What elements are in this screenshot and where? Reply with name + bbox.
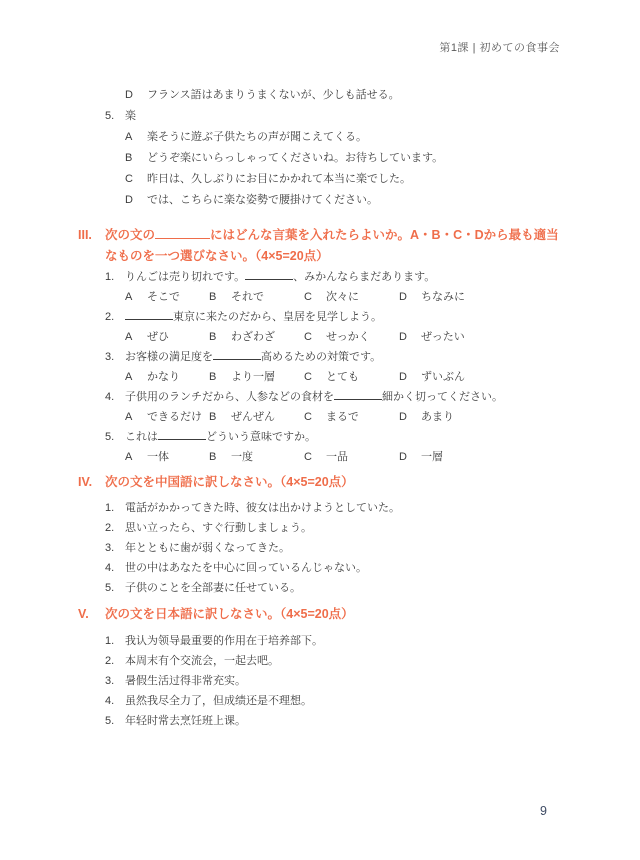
item-text: 年とともに歯が弱くなってきた。	[125, 538, 290, 558]
option-letter: A	[125, 367, 147, 387]
option-text: より一層	[231, 367, 275, 387]
item-number: 1.	[105, 498, 125, 518]
option-line: D では、こちらに楽な姿勢で腰掛けてください。	[0, 190, 640, 211]
question-text: これはどういう意味ですか。	[125, 427, 640, 447]
option-line: C 昨日は、久しぶりにお目にかかれて本当に楽でした。	[0, 169, 640, 190]
option-letter: B	[209, 367, 231, 387]
option-letter: B	[209, 447, 231, 467]
item-text: 思い立ったら、すぐ行動しましょう。	[125, 518, 312, 538]
translation-item: 3. 年とともに歯が弱くなってきた。	[0, 538, 640, 558]
question-number: 4.	[105, 387, 125, 407]
options-row: A一体 B一度 C一品 D一層	[0, 447, 640, 467]
question-after: どういう意味ですか。	[206, 431, 316, 443]
option-line: B どうぞ楽にいらっしゃってくださいね。お待ちしています。	[0, 148, 640, 169]
option: Aそこで	[125, 287, 209, 307]
translation-item: 5. 子供のことを全部妻に任せている。	[0, 578, 640, 598]
option-text: では、こちらに楽な姿勢で腰掛けてください。	[147, 190, 378, 211]
item-text: 暑假生活过得非常充实。	[125, 671, 246, 691]
option-letter: D	[399, 367, 421, 387]
option-letter: C	[304, 367, 326, 387]
option: Cせっかく	[304, 327, 399, 347]
option-text: わざわざ	[231, 327, 275, 347]
option-letter: C	[125, 169, 147, 190]
option-text: 一品	[326, 447, 348, 467]
item-line: 5. 楽	[0, 106, 640, 127]
question-number: 1.	[105, 267, 125, 287]
section-4-items: 1. 電話がかかってきた時、彼女は出かけようとしていた。 2. 思い立ったら、す…	[0, 498, 640, 598]
section-4-numeral: IV.	[78, 472, 105, 493]
option-letter: D	[125, 190, 147, 211]
translation-item: 3. 暑假生活过得非常充实。	[0, 671, 640, 691]
option: Cまるで	[304, 407, 399, 427]
option-text: 次々に	[326, 287, 359, 307]
option: Dずいぶん	[399, 367, 465, 387]
option: Dあまり	[399, 407, 454, 427]
question-line: 3. お客様の満足度を高めるための対策です。	[0, 347, 640, 367]
options-row: Aぜひ Bわざわざ Cせっかく Dぜったい	[0, 327, 640, 347]
option-letter: B	[209, 327, 231, 347]
section-5-items: 1. 我认为领导最重要的作用在于培养部下。 2. 本周末有个交流会，一起去吧。 …	[0, 631, 640, 731]
question-before: 子供用のランチだから、人参などの食材を	[125, 391, 334, 403]
page-content: D フランス語はあまりうまくないが、少しも話せる。 5. 楽 A 楽そうに遊ぶ子…	[0, 85, 640, 731]
item-text: 年轻时常去烹饪班上课。	[125, 711, 246, 731]
fill-in-blank	[158, 427, 206, 440]
question-after: 高めるための対策です。	[261, 351, 381, 363]
option-line: A 楽そうに遊ぶ子供たちの声が聞こえてくる。	[0, 127, 640, 148]
option-text: できるだけ	[147, 407, 202, 427]
section-3-title: 次の文のにはどんな言葉を入れたらよいか。A・B・C・Dから最も適当なものを一つ選…	[105, 225, 568, 267]
option-text: どうぞ楽にいらっしゃってくださいね。お待ちしています。	[147, 148, 443, 169]
item-number: 4.	[105, 558, 125, 578]
option-text: そこで	[147, 287, 180, 307]
option: D一層	[399, 447, 443, 467]
translation-item: 4. 虽然我尽全力了，但成绩还是不理想。	[0, 691, 640, 711]
question-before: これは	[125, 431, 158, 443]
item-number: 4.	[105, 691, 125, 711]
item-number: 3.	[105, 671, 125, 691]
option: B一度	[209, 447, 304, 467]
option-letter: A	[125, 327, 147, 347]
fill-in-blank	[125, 307, 173, 320]
section-5-numeral: V.	[78, 604, 105, 625]
translation-item: 2. 思い立ったら、すぐ行動しましょう。	[0, 518, 640, 538]
option-letter: D	[399, 447, 421, 467]
question-after: 東京に来たのだから、皇居を見学しよう。	[173, 311, 382, 323]
question-line: 1. りんごは売り切れです。、みかんならまだあります。	[0, 267, 640, 287]
question-number: 5.	[105, 427, 125, 447]
question-line: 2. 東京に来たのだから、皇居を見学しよう。	[0, 307, 640, 327]
question-before: お客様の満足度を	[125, 351, 213, 363]
question-text: りんごは売り切れです。、みかんならまだあります。	[125, 267, 640, 287]
item-number: 5.	[105, 711, 125, 731]
option-text: ちなみに	[421, 287, 465, 307]
option-text: それで	[231, 287, 264, 307]
fill-in-blank	[245, 267, 293, 280]
question-line: 5. これはどういう意味ですか。	[0, 427, 640, 447]
item-number: 2.	[105, 651, 125, 671]
option-text: 楽そうに遊ぶ子供たちの声が聞こえてくる。	[147, 127, 367, 148]
option-text: せっかく	[326, 327, 370, 347]
item-text: 電話がかかってきた時、彼女は出かけようとしていた。	[125, 498, 400, 518]
section-4-title: 次の文を中国語に訳しなさい。（4×5=20点）	[105, 472, 568, 493]
item-number: 1.	[105, 631, 125, 651]
option-letter: C	[304, 447, 326, 467]
textbook-page: 第1課 | 初めての食事会 D フランス語はあまりうまくないが、少しも話せる。 …	[0, 0, 640, 860]
option-letter: A	[125, 447, 147, 467]
page-number: 9	[540, 804, 547, 818]
translation-item: 1. 電話がかかってきた時、彼女は出かけようとしていた。	[0, 498, 640, 518]
question-before: りんごは売り切れです。	[125, 271, 245, 283]
option: Aぜひ	[125, 327, 209, 347]
item-number: 5.	[105, 578, 125, 598]
option-text: かなり	[147, 367, 180, 387]
option-letter: C	[304, 327, 326, 347]
section-3-title-before: 次の文の	[105, 228, 155, 242]
option-text: 一体	[147, 447, 169, 467]
option: Bより一層	[209, 367, 304, 387]
options-row: Aそこで Bそれで C次々に Dちなみに	[0, 287, 640, 307]
fill-in-blank	[213, 347, 261, 360]
section-5-title: 次の文を日本語に訳しなさい。（4×5=20点）	[105, 604, 568, 625]
option: Bそれで	[209, 287, 304, 307]
translation-item: 2. 本周末有个交流会，一起去吧。	[0, 651, 640, 671]
option-letter: A	[125, 407, 147, 427]
item-text: 虽然我尽全力了，但成绩还是不理想。	[125, 691, 312, 711]
translation-item: 5. 年轻时常去烹饪班上课。	[0, 711, 640, 731]
option: Cとても	[304, 367, 399, 387]
option-letter: B	[209, 287, 231, 307]
item-number: 2.	[105, 518, 125, 538]
option-letter: B	[125, 148, 147, 169]
item-text: 世の中はあなたを中心に回っているんじゃない。	[125, 558, 367, 578]
item-number: 3.	[105, 538, 125, 558]
option-text: ぜったい	[421, 327, 465, 347]
option: Aできるだけ	[125, 407, 209, 427]
fill-in-blank	[334, 387, 382, 400]
question-after: 細かく切ってください。	[382, 391, 503, 403]
item-text: 本周末有个交流会，一起去吧。	[125, 651, 279, 671]
option-line: D フランス語はあまりうまくないが、少しも話せる。	[0, 85, 640, 106]
option-letter: A	[125, 127, 147, 148]
translation-item: 4. 世の中はあなたを中心に回っているんじゃない。	[0, 558, 640, 578]
title-blank	[155, 225, 210, 239]
section-4-heading: IV. 次の文を中国語に訳しなさい。（4×5=20点）	[0, 472, 640, 493]
option: C次々に	[304, 287, 399, 307]
section-5-heading: V. 次の文を日本語に訳しなさい。（4×5=20点）	[0, 604, 640, 625]
option-letter: C	[304, 407, 326, 427]
item-text: 我认为领导最重要的作用在于培养部下。	[125, 631, 323, 651]
question-text: お客様の満足度を高めるための対策です。	[125, 347, 640, 367]
chapter-header: 第1課 | 初めての食事会	[439, 39, 560, 55]
option-text: あまり	[421, 407, 454, 427]
options-row: Aかなり Bより一層 Cとても Dずいぶん	[0, 367, 640, 387]
option-text: 昨日は、久しぶりにお目にかかれて本当に楽でした。	[147, 169, 411, 190]
option-text: 一度	[231, 447, 253, 467]
section-3-heading: III. 次の文のにはどんな言葉を入れたらよいか。A・B・C・Dから最も適当なも…	[0, 225, 640, 267]
question-line: 4. 子供用のランチだから、人参などの食材を細かく切ってください。	[0, 387, 640, 407]
option: Bわざわざ	[209, 327, 304, 347]
question-after: 、みかんならまだあります。	[293, 271, 435, 283]
option-letter: B	[209, 407, 231, 427]
item-number: 5.	[105, 106, 125, 127]
option: A一体	[125, 447, 209, 467]
option: Dちなみに	[399, 287, 465, 307]
question-number: 3.	[105, 347, 125, 367]
item-text: 子供のことを全部妻に任せている。	[125, 578, 301, 598]
options-row: Aできるだけ Bぜんぜん Cまるで Dあまり	[0, 407, 640, 427]
option-letter: D	[125, 85, 147, 106]
option: Dぜったい	[399, 327, 465, 347]
option-text: ぜんぜん	[231, 407, 275, 427]
section-3-numeral: III.	[78, 225, 105, 267]
question-text: 子供用のランチだから、人参などの食材を細かく切ってください。	[125, 387, 640, 407]
translation-item: 1. 我认为领导最重要的作用在于培养部下。	[0, 631, 640, 651]
option-letter: D	[399, 407, 421, 427]
question-text: 東京に来たのだから、皇居を見学しよう。	[125, 307, 640, 327]
item-word: 楽	[125, 106, 136, 127]
option: C一品	[304, 447, 399, 467]
option-text: まるで	[326, 407, 359, 427]
option-text: 一層	[421, 447, 443, 467]
option-text: とても	[326, 367, 359, 387]
option: Aかなり	[125, 367, 209, 387]
option: Bぜんぜん	[209, 407, 304, 427]
option-text: フランス語はあまりうまくないが、少しも話せる。	[147, 85, 400, 106]
option-letter: D	[399, 287, 421, 307]
option-letter: C	[304, 287, 326, 307]
question-number: 2.	[105, 307, 125, 327]
option-letter: D	[399, 327, 421, 347]
option-letter: A	[125, 287, 147, 307]
option-text: ぜひ	[147, 327, 169, 347]
option-text: ずいぶん	[421, 367, 465, 387]
